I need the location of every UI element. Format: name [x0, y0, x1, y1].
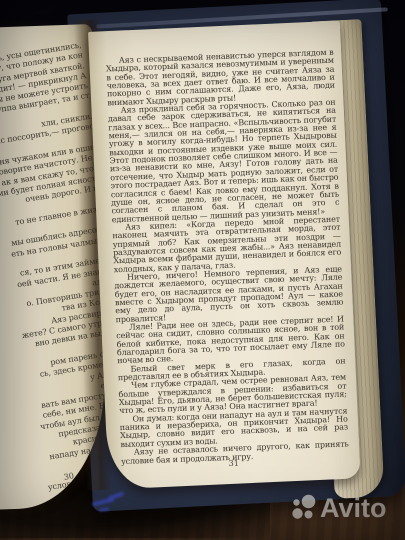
left-page-number: 30 — [63, 471, 75, 482]
right-page-text: Аяз с нескрываемой ненавистью уперся взг… — [106, 49, 350, 466]
avito-logo-dots-icon — [291, 494, 317, 522]
book-photo: дулись, усы ощетинились,кажу, что положу… — [0, 0, 405, 540]
right-page-number: 31 — [228, 459, 239, 468]
avito-watermark: Avito — [291, 494, 387, 522]
avito-logo-text: Avito — [320, 495, 387, 522]
right-page: Аяз с нескрываемой ненавистью уперся взг… — [88, 21, 361, 490]
book-paragraph: Аяз проклинал себя за горячность. Скольк… — [108, 99, 340, 224]
